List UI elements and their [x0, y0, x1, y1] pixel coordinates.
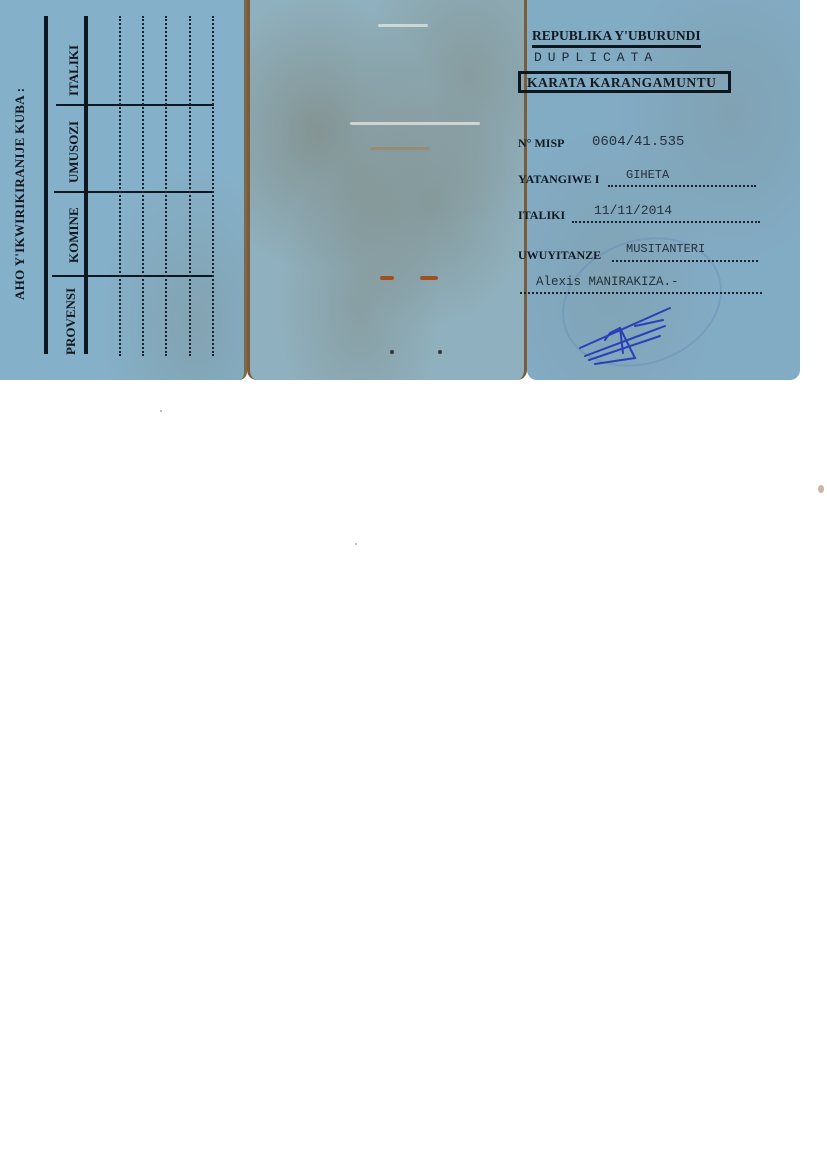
- table-border-line: [84, 16, 88, 354]
- date-dotline: [572, 221, 760, 223]
- card-panel-left: AHO Y'IKWIRIKIRANIJE KUBA : PROVENSI KOM…: [0, 0, 247, 380]
- scan-speck: [160, 410, 162, 412]
- scan-speck: [818, 485, 824, 493]
- fold-crease: [350, 122, 480, 125]
- issued-at-value: GIHETA: [626, 168, 669, 182]
- issuer-name: Alexis MANIRAKIZA.-: [536, 275, 679, 289]
- scanned-page: AHO Y'IKWIRIKIRANIJE KUBA : PROVENSI KOM…: [0, 0, 827, 1169]
- left-panel-title: AHO Y'IKWIRIKIRANIJE KUBA :: [12, 88, 28, 300]
- stain-dot: [390, 350, 394, 354]
- column-label-komine: KOMINE: [66, 207, 82, 263]
- table-dotted-column: [212, 16, 214, 356]
- issuer-name-dotline: [520, 292, 762, 294]
- table-dotted-column: [142, 16, 144, 356]
- column-label-umusozi: UMUSOZI: [66, 121, 82, 183]
- number-value: 0604/41.535: [592, 134, 684, 150]
- rust-stain: [380, 276, 394, 280]
- issuer-dotline: [612, 260, 758, 262]
- table-dotted-column: [165, 16, 167, 356]
- issued-at-dotline: [608, 185, 756, 187]
- scan-speck: [355, 543, 357, 545]
- date-label: ITALIKI: [518, 208, 565, 223]
- fold-crease: [370, 147, 430, 150]
- card-panel-middle: [247, 0, 527, 380]
- issued-at-label: YATANGIWE I: [518, 172, 599, 187]
- rust-stain: [420, 276, 438, 280]
- table-dotted-column: [189, 16, 191, 356]
- issuer-label: UWUYITANZE: [518, 248, 601, 263]
- stain-dot: [438, 350, 442, 354]
- issuer-value: MUSITANTERI: [626, 242, 705, 256]
- date-value: 11/11/2014: [594, 203, 672, 218]
- signature-icon: [575, 298, 685, 368]
- table-dotted-column: [119, 16, 121, 356]
- fold-crease: [378, 24, 428, 27]
- card-title: KARATA KARANGAMUNTU: [518, 71, 731, 93]
- country-heading: REPUBLIKA Y'UBURUNDI: [532, 28, 701, 48]
- duplicate-stamp: DUPLICATA: [534, 50, 658, 65]
- number-label: N° MISP: [518, 136, 564, 151]
- column-label-italiki: ITALIKI: [66, 45, 82, 96]
- table-border-line: [44, 16, 48, 354]
- column-label-provensi: PROVENSI: [63, 288, 79, 355]
